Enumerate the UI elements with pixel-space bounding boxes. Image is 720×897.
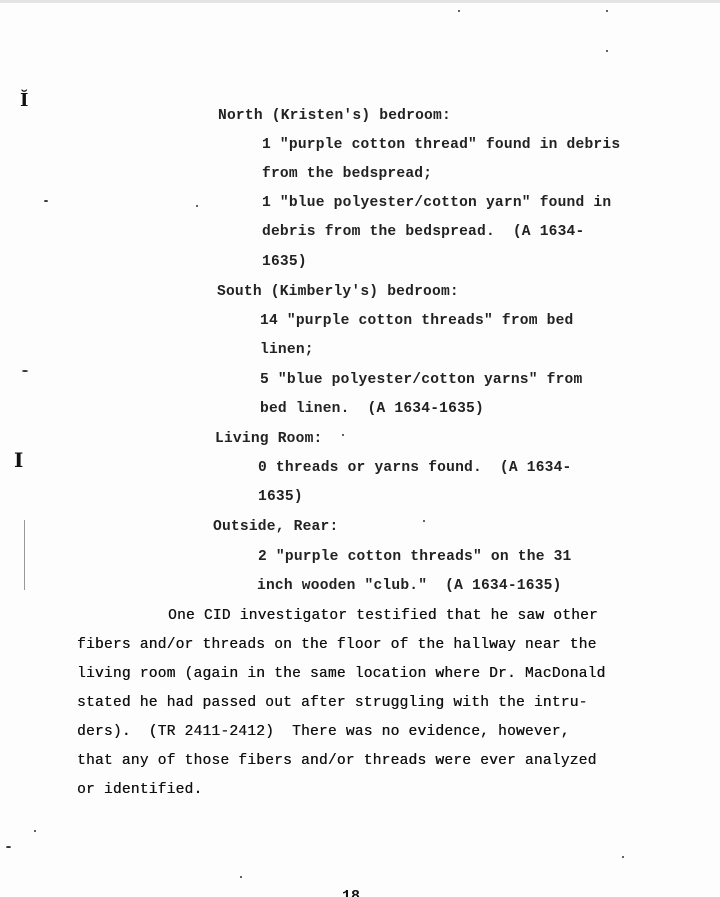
list-item: 14 "purple cotton threads" from bed: [260, 312, 574, 330]
list-item: 1 "blue polyester/cotton yarn" found in: [262, 194, 611, 212]
speck: [6, 846, 11, 848]
paragraph-line: fibers and/or threads on the floor of th…: [77, 636, 597, 654]
list-item: from the bedspread;: [262, 165, 432, 183]
section-heading-outside-rear: Outside, Rear:: [213, 518, 338, 536]
speck: [24, 520, 25, 590]
paragraph-line: ders). (TR 2411-2412) There was no evide…: [77, 723, 570, 741]
section-heading-south-bedroom: South (Kimberly's) bedroom:: [217, 283, 459, 301]
speck: [240, 876, 242, 878]
paragraph-line: living room (again in the same location …: [77, 665, 606, 683]
paragraph-line: that any of those fibers and/or threads …: [77, 752, 597, 770]
list-item: 1635): [262, 253, 307, 271]
speck: [606, 10, 608, 12]
list-item: linen;: [260, 341, 314, 359]
speck: [22, 370, 28, 372]
speck: [44, 200, 48, 202]
page-number: 18: [342, 885, 360, 897]
paragraph-line: One CID investigator testified that he s…: [168, 607, 598, 625]
section-heading-north-bedroom: North (Kristen's) bedroom:: [218, 107, 451, 125]
section-heading-living-room: Living Room:: [215, 430, 323, 448]
list-item: 5 "blue polyester/cotton yarns" from: [260, 371, 582, 389]
speck: [342, 434, 344, 436]
page-top-edge: [0, 0, 720, 3]
speck: [606, 50, 608, 52]
list-item: bed linen. (A 1634-1635): [260, 400, 484, 418]
list-item: 0 threads or yarns found. (A 1634-: [258, 459, 572, 477]
list-item: 1635): [258, 488, 303, 506]
list-item: 2 "purple cotton threads" on the 31: [258, 548, 572, 566]
paragraph-line: or identified.: [77, 781, 202, 799]
list-item: inch wooden "club." (A 1634-1635): [257, 577, 562, 595]
paragraph-line: stated he had passed out after strugglin…: [77, 694, 588, 712]
speck: [458, 10, 460, 12]
speck: [423, 520, 425, 522]
speck: [196, 205, 198, 207]
list-item: debris from the bedspread. (A 1634-: [262, 223, 584, 241]
speck: [622, 856, 624, 858]
list-item: 1 "purple cotton thread" found in debris: [262, 136, 620, 154]
margin-mark-middle: Ⅰ: [14, 448, 23, 472]
margin-mark-top: Ĭ: [20, 90, 28, 111]
speck: [34, 830, 36, 832]
